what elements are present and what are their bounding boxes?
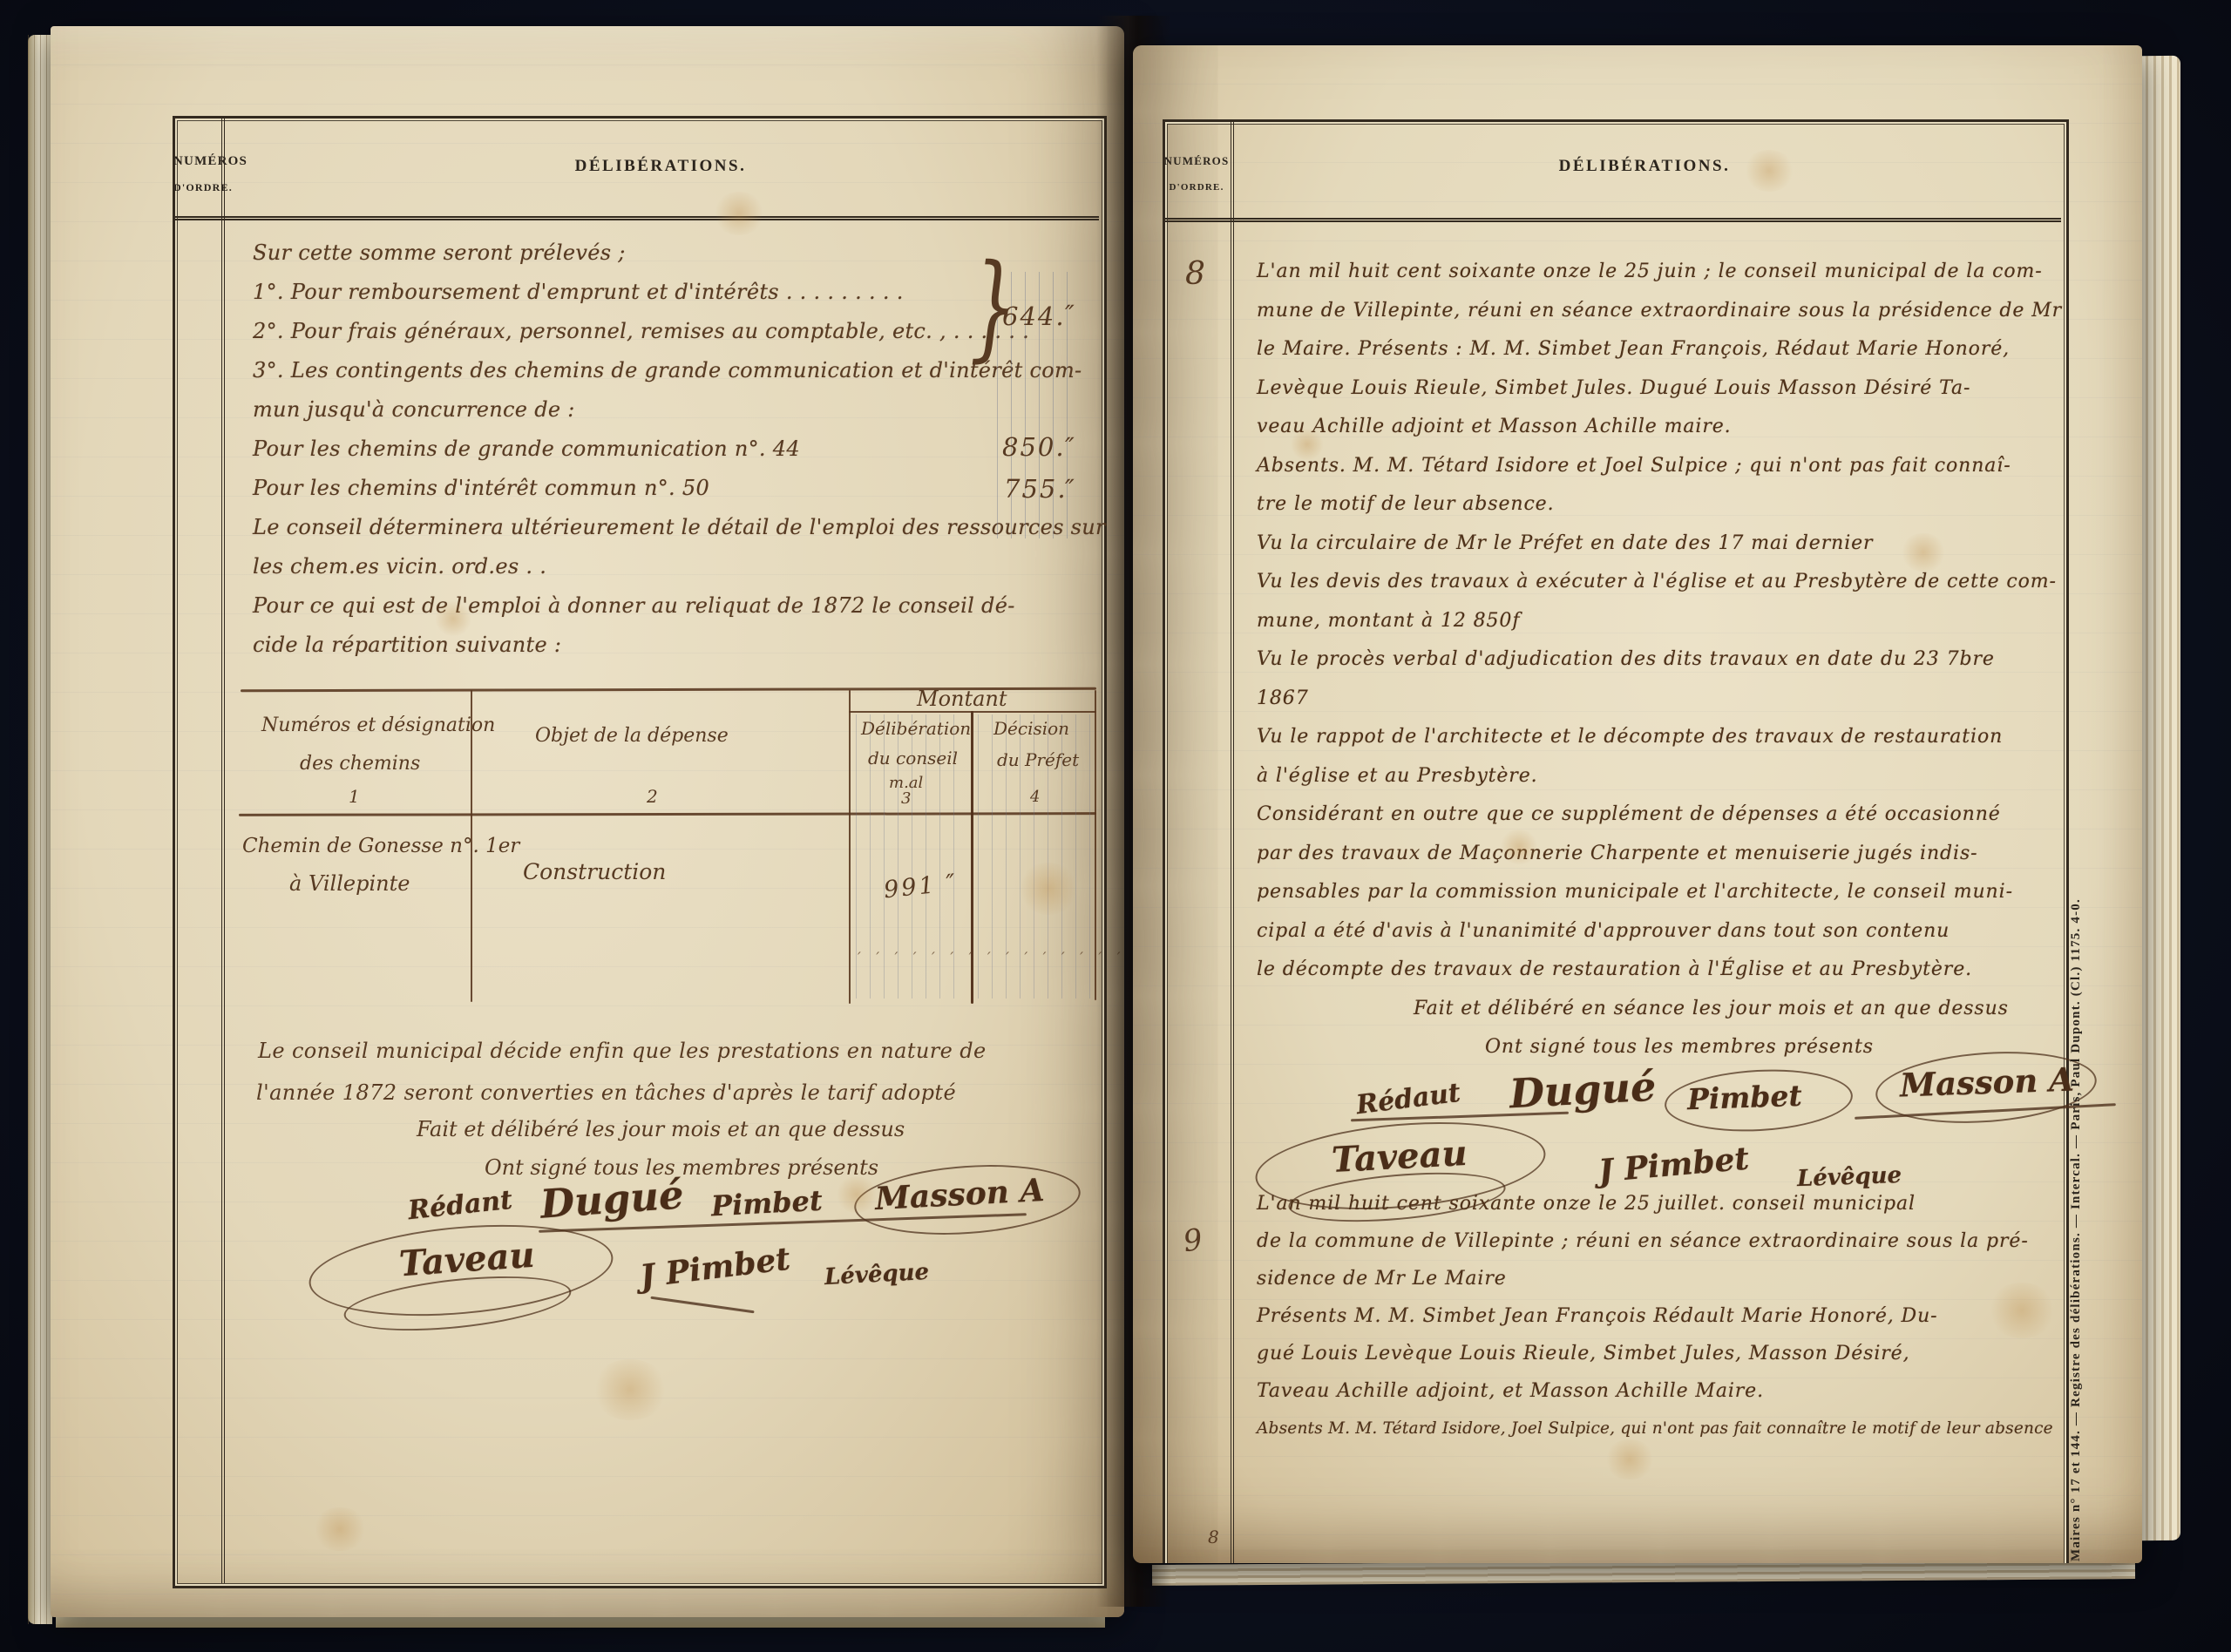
manuscript-line: Considérant en outre que ce supplément d… — [1257, 796, 2062, 835]
table-cell-chemin: à Villepinte — [289, 871, 410, 896]
manuscript-line: Le conseil déterminera ultérieurement le… — [253, 508, 1106, 547]
column-header-numeros-ordre: NUMÉROS D'ORDRE. — [173, 148, 222, 200]
closing-line: Le conseil municipal décide enfin que le… — [258, 1039, 987, 1063]
manuscript-line: Absents M. M. Tétard Isidore, Joel Sulpi… — [1257, 1410, 2053, 1447]
manuscript-line: mune de Villepinte, réuni en séance extr… — [1257, 292, 2062, 331]
column-header-numeros-ordre: NUMÉROS D'ORDRE. — [1163, 148, 1230, 200]
amount-ditto-mark: ″ — [1065, 432, 1076, 462]
ordre-label: D'ORDRE. — [173, 174, 222, 200]
amount-value: 644. — [1002, 301, 1066, 331]
manuscript-line: mun jusqu'à concurrence de : — [253, 390, 1106, 430]
manuscript-line: les chem.es vicin. ord.es . . — [253, 547, 1106, 586]
table-header-col4: du Préfet — [997, 749, 1079, 770]
page-stack-right-edge — [2140, 56, 2180, 1540]
entry-number-8: 8 — [1185, 256, 1205, 292]
numeros-label: NUMÉROS — [173, 148, 222, 174]
printer-imprint: Maires n° 17 et 144. — Registre des déli… — [2069, 533, 2084, 1561]
left-page: NUMÉROS D'ORDRE. DÉLIBÉRATIONS. Sur cett… — [51, 26, 1124, 1617]
table-cell-objet: Construction — [523, 859, 666, 884]
signature-pimbet: Pimbet — [710, 1184, 823, 1223]
manuscript-line: Vu le procès verbal d'adjudication des d… — [1257, 640, 2062, 680]
manuscript-line: sidence de Mr Le Maire — [1257, 1260, 2053, 1297]
margin-column-rule — [1231, 119, 1234, 1563]
signature-leveque: Lévêque — [824, 1259, 930, 1290]
manuscript-line: Présents M. M. Simbet Jean François Réda… — [1257, 1297, 2053, 1335]
closing-line: l'année 1872 seront converties en tâches… — [256, 1080, 956, 1105]
manuscript-line: Levèque Louis Rieule, Simbet Jules. Dugu… — [1257, 369, 2062, 409]
hand-drawn-table: Montant Numéros et désignation des chemi… — [237, 688, 1098, 1004]
closing-line: Fait et délibéré en séance les jour mois… — [1257, 990, 2062, 1029]
table-line-headerbottom — [239, 812, 1096, 816]
table-cell-montant-conseil: 991 ″ — [883, 870, 960, 904]
signature-dugue: Dugué — [1509, 1063, 1658, 1118]
amount-value: 850. — [1002, 432, 1066, 462]
manuscript-line: par des travaux de Maçonnerie Charpente … — [1257, 835, 2062, 874]
manuscript-line: gué Louis Levèque Louis Rieule, Simbet J… — [1257, 1335, 2053, 1372]
column-header-deliberations: DÉLIBÉRATIONS. — [225, 157, 1096, 176]
manuscript-line: 1867 — [1257, 680, 2062, 719]
right-page: NUMÉROS D'ORDRE. DÉLIBÉRATIONS. 8 L'an m… — [1133, 45, 2142, 1563]
entry8-body: L'an mil huit cent soixante onze le 25 j… — [1257, 253, 2062, 1067]
table-header-col4: Décision — [993, 718, 1069, 739]
manuscript-line: L'an mil huit cent soixante onze le 25 j… — [1257, 253, 2062, 292]
page-stack-bottom-left-edge — [56, 1615, 1105, 1628]
manuscript-line: L'an mil huit cent soixante onze le 25 j… — [1257, 1185, 2053, 1222]
manuscript-line: Vu les devis des travaux à exécuter à l'… — [1257, 563, 2062, 602]
page-stack-left-edge: ​ — [28, 35, 52, 1624]
manuscript-line: Absents. M. M. Tétard Isidore et Joel Su… — [1257, 447, 2062, 486]
closing-line: Fait et délibéré les jour mois et an que… — [417, 1117, 905, 1141]
table-header-col1: des chemins — [300, 753, 420, 775]
amount-ditto-mark: ″ — [1065, 474, 1076, 504]
manuscript-line: Pour les chemins de grande communication… — [253, 430, 1106, 469]
table-rule-col2-col3 — [849, 690, 851, 1004]
manuscript-line: Taveau Achille adjoint, et Masson Achill… — [1257, 1372, 2053, 1410]
folio-page-number: 8 — [1208, 1527, 1219, 1547]
amount-ditto-mark: ″ — [1065, 300, 1076, 329]
manuscript-line: le Maire. Présents : M. M. Simbet Jean F… — [1257, 330, 2062, 369]
table-header-col1: Numéros et désignation — [261, 714, 495, 736]
manuscript-line: pensables par la commission municipale e… — [1257, 873, 2062, 912]
table-colnum-1: 1 — [349, 786, 360, 807]
open-register-book-photo: ​ NUMÉROS D'ORDRE. DÉLIBÉRATIONS. Sur ce… — [0, 0, 2231, 1652]
manuscript-line: veau Achille adjoint et Masson Achille m… — [1257, 408, 2062, 447]
manuscript-line: Vu le rappot de l'architecte et le décom… — [1257, 718, 2062, 757]
signature-taveau: Taveau — [1331, 1133, 1468, 1181]
table-header-col3: du conseil — [868, 748, 958, 768]
table-colnum-3: 3 — [901, 789, 911, 808]
closing-line: Ont signé tous les membres présents — [1257, 1028, 2062, 1067]
table-colnum-2: 2 — [647, 786, 658, 807]
entry9-body: L'an mil huit cent soixante onze le 25 j… — [1257, 1185, 2053, 1447]
table-colnum-4: 4 — [1030, 788, 1040, 806]
table-cell-chemin: Chemin de Gonesse n°. 1er — [242, 835, 519, 857]
manuscript-line: Pour ce qui est de l'emploi à donner au … — [253, 586, 1106, 626]
manuscript-line: de la commune de Villepinte ; réuni en s… — [1257, 1222, 2053, 1260]
manuscript-line: tre le motif de leur absence. — [1257, 485, 2062, 525]
manuscript-line: Pour les chemins d'intérêt commun n°. 50 — [253, 469, 1106, 508]
margin-column-rule — [221, 116, 225, 1583]
manuscript-line: Vu la circulaire de Mr le Préfet en date… — [1257, 525, 2062, 564]
manuscript-line: cide la répartition suivante : — [253, 626, 1106, 665]
signature-pimbet: Pimbet — [1686, 1079, 1802, 1117]
header-separator — [1165, 218, 2061, 222]
table-header-montant: Montant — [917, 687, 1007, 711]
manuscript-line: le décompte des travaux de restauration … — [1257, 951, 2062, 990]
table-header-col3: Délibération — [861, 718, 971, 739]
table-dotted-row: ′ ′ ′ ′ ′ ′ ′ ′ ′ ′ ′ ′ ′ ′ ′ — [858, 950, 1124, 967]
column-header-deliberations: DÉLIBÉRATIONS. — [1231, 157, 2058, 176]
manuscript-line: mune, montant à 12 850f — [1257, 602, 2062, 641]
manuscript-line: cipal a été d'avis à l'unanimité d'appro… — [1257, 912, 2062, 951]
header-separator — [175, 216, 1099, 220]
ordre-label: D'ORDRE. — [1163, 174, 1230, 200]
signature-masson: Masson A — [1899, 1060, 2074, 1105]
table-header-col2: Objet de la dépense — [535, 725, 729, 747]
amount-value: 755. — [1004, 474, 1068, 504]
numeros-label: NUMÉROS — [1163, 148, 1230, 174]
manuscript-line: à l'église et au Presbytère. — [1257, 757, 2062, 796]
